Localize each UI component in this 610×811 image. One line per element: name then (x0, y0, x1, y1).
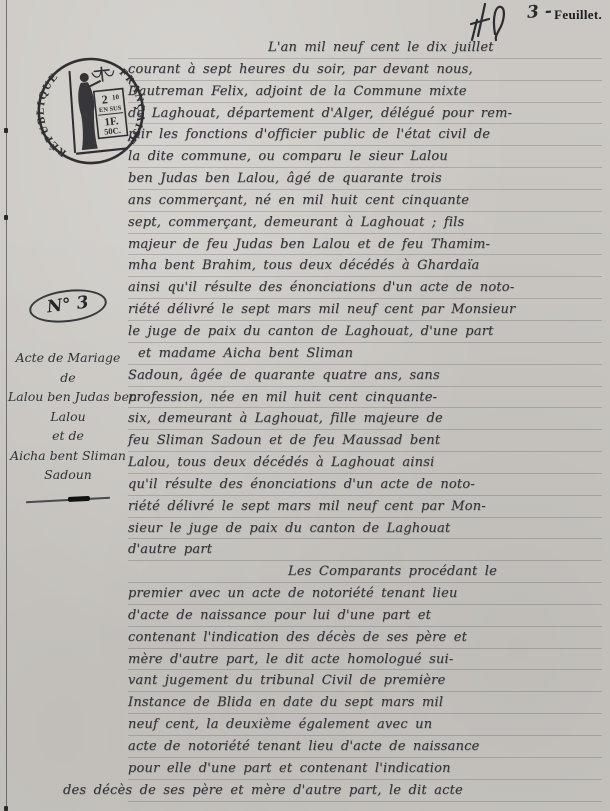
manuscript-line: profession, née en mil huit cent cinquan… (128, 387, 602, 409)
manuscript-line: six, demeurant à Laghouat, fille majeure… (128, 408, 602, 430)
binding-mark (4, 215, 8, 220)
manuscript-line: Instance de Blida en date du sept mars m… (128, 692, 602, 714)
folio-number: 3 - (526, 1, 552, 23)
binding-mark (4, 806, 8, 811)
manuscript-line: le juge de paix du canton de Laghouat, d… (128, 321, 602, 343)
act-title-line: de (8, 368, 128, 388)
manuscript-line: mha bent Brahim, tous deux décédés à Gha… (128, 255, 602, 277)
margin-annotations: N° 3 Acte de MariagedeLalou ben Judas be… (8, 290, 128, 501)
manuscript-line: d'acte de naissance pour lui d'une part … (128, 605, 602, 627)
manuscript-line: riété délivré le sept mars mil neuf cent… (128, 299, 602, 321)
act-title-line: Aicha bent Sliman (8, 446, 128, 466)
act-title-line: et de (8, 426, 128, 446)
manuscript-line: courant à sept heures du soir, par devan… (128, 59, 602, 81)
manuscript-line: riété délivré le sept mars mil neuf cent… (128, 496, 602, 518)
manuscript-line: ainsi qu'il résulte des énonciations d'u… (128, 277, 602, 299)
manuscript-line: premier avec un acte de notoriété tenant… (128, 583, 602, 605)
stamp-tax-centimes: 50C. (104, 125, 122, 137)
act-number: N° 3 (27, 285, 108, 326)
act-title: Acte de MariagedeLalou ben Judas benLalo… (8, 348, 128, 485)
feuillet-label: Feuillet. (554, 7, 602, 23)
manuscript-line: d'autre part (128, 539, 602, 561)
manuscript-line: ans commerçant, né en mil huit cent cinq… (128, 190, 602, 212)
manuscript-line: et madame Aicha bent Sliman (128, 343, 602, 365)
stamp-tax-tablet: 2 10 EN SUS 1F. 50C. (94, 89, 128, 139)
manuscript-line: de Laghouat, département d'Alger, délégu… (128, 103, 602, 125)
act-body-text: L'an mil neuf cent le dix juilletcourant… (128, 37, 602, 802)
manuscript-line: majeur de feu Judas ben Lalou et de feu … (128, 234, 602, 256)
act-title-line: Lalou ben Judas ben (8, 387, 128, 407)
act-title-line: Sadoun (8, 465, 128, 485)
manuscript-line: L'an mil neuf cent le dix juillet (128, 37, 602, 59)
margin-flourish (26, 496, 110, 502)
manuscript-line: plir les fonctions d'officier public de … (128, 124, 602, 146)
manuscript-line: sept, commerçant, demeurant à Laghouat ;… (128, 212, 602, 234)
manuscript-line: pour elle d'une part et contenant l'indi… (128, 758, 602, 780)
page-binding-edge (6, 0, 7, 811)
registry-page: Feuillet. 3 - RÉPUBLIQUE FRANÇAISE (0, 0, 610, 811)
manuscript-line: feu Sliman Sadoun et de feu Maussad bent (128, 430, 602, 452)
manuscript-line: mère d'autre part, le dit acte homologué… (128, 649, 602, 671)
manuscript-line: contenant l'indication des décès de ses … (128, 627, 602, 649)
act-title-line: Lalou (8, 407, 128, 427)
manuscript-line: Les Comparants procédant le (128, 561, 602, 583)
manuscript-line: vant jugement du tribunal Civil de premi… (128, 670, 602, 692)
manuscript-line: Dautreman Felix, adjoint de la Commune m… (128, 81, 602, 103)
stamp-tax-rate-denominator: 10 (112, 93, 120, 102)
manuscript-line: neuf cent, la deuxième également avec un (128, 714, 602, 736)
manuscript-line: ben Judas ben Lalou, âgé de quarante tro… (128, 168, 602, 190)
act-title-line: Acte de Mariage (8, 348, 128, 368)
manuscript-line: Sadoun, âgée de quarante quatre ans, san… (128, 365, 602, 387)
manuscript-line: qu'il résulte des énonciations d'un acte… (128, 474, 602, 496)
binding-mark (4, 128, 8, 133)
manuscript-line: la dite commune, ou comparu le sieur Lal… (128, 146, 602, 168)
manuscript-line: Lalou, tous deux décédés à Laghouat ains… (128, 452, 602, 474)
manuscript-line: acte de notoriété tenant lieu d'acte de … (128, 736, 602, 758)
manuscript-line: sieur le juge de paix du canton de Lagho… (128, 518, 602, 540)
manuscript-line: des décès de ses père et mère d'autre pa… (128, 780, 602, 802)
